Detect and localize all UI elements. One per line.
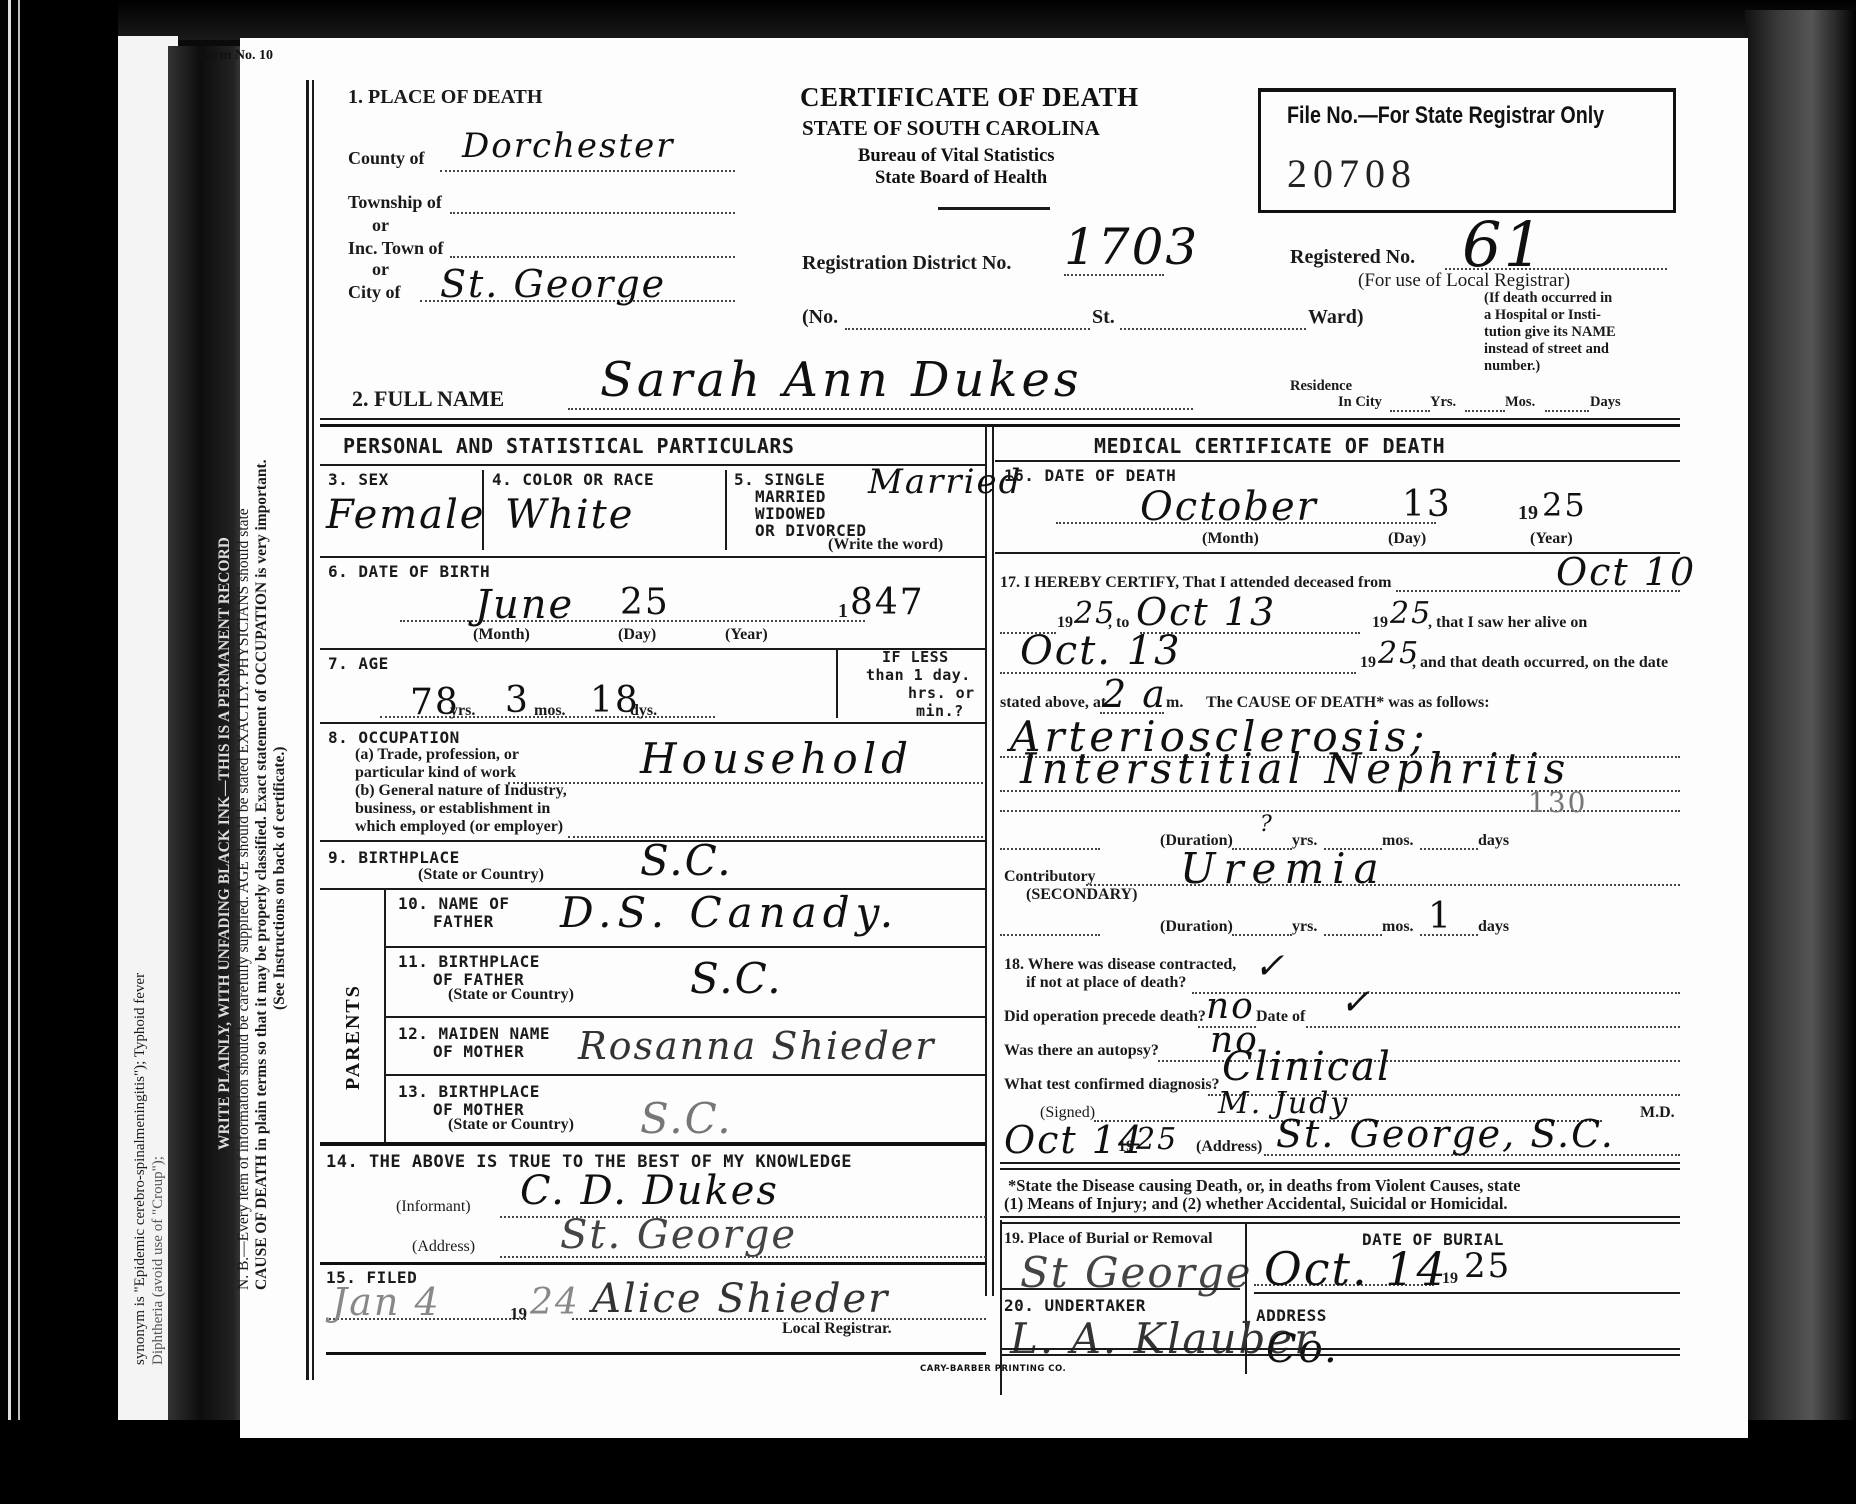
column-divider	[992, 426, 994, 1296]
year-prefix: 19	[1118, 1138, 1134, 1156]
date-of-label: Date of	[1256, 1008, 1305, 1026]
side-note-ink: WRITE PLAINLY, WITH UNFADING BLACK INK—T…	[216, 537, 233, 1150]
day-caption: (Day)	[1388, 530, 1426, 548]
cause-code: 130	[1528, 786, 1587, 819]
if-less-min: min.?	[916, 702, 964, 720]
occupation-label: 8. OCCUPATION	[328, 728, 460, 747]
inc-town-field-line	[450, 256, 735, 258]
residence-days-line	[1545, 410, 1589, 412]
cause-text: The CAUSE OF DEATH* was as follows:	[1206, 694, 1490, 712]
title-divider	[938, 207, 1050, 210]
local-registrar-note: (For use of Local Registrar)	[1358, 270, 1570, 292]
address-label: (Address)	[1196, 1138, 1262, 1156]
sex-label: 3. SEX	[328, 470, 389, 489]
dod-day[interactable]: 13	[1402, 484, 1452, 525]
occupation-a: particular kind of work	[355, 764, 516, 782]
divider	[386, 1074, 986, 1076]
race-value[interactable]: White	[505, 492, 634, 538]
occupation-a: (a) Trade, profession, or	[355, 746, 519, 764]
hospital-note: a Hospital or Insti-	[1484, 307, 1601, 324]
in-city-label: In City	[1338, 394, 1382, 411]
bureau-title: Bureau of Vital Statistics	[858, 146, 1054, 167]
where-contracted-value[interactable]: ✓	[1254, 946, 1286, 987]
parents-label: PARENTS	[342, 984, 365, 1090]
street-no-label: (No.	[802, 306, 838, 329]
dob-day[interactable]: 25	[620, 582, 670, 623]
days-unit: days	[1478, 918, 1509, 936]
township-field-line	[450, 212, 735, 214]
file-box-label: File No.—For State Registrar Only	[1287, 102, 1604, 130]
md-suffix: M.D.	[1640, 1104, 1675, 1122]
file-number: 20708	[1287, 150, 1417, 197]
or-text: or	[372, 259, 389, 280]
birthplace-label: 9. BIRTHPLACE	[328, 848, 460, 867]
yrs-unit: yrs.	[1292, 918, 1317, 936]
date-of-line	[1306, 1026, 1680, 1028]
burial-year-prefix: 19	[1442, 1270, 1458, 1288]
residence-label: Residence	[1290, 378, 1352, 395]
divider	[320, 722, 985, 724]
side-note-cause: CAUSE OF DEATH in plain terms so that it…	[253, 460, 270, 1291]
county-field-line	[440, 170, 735, 172]
occupation-b: (b) General nature of Industry,	[355, 782, 567, 800]
year-caption: (Year)	[725, 626, 768, 644]
mother-name-label: 12. MAIDEN NAME	[398, 1024, 550, 1043]
age-months[interactable]: 3	[505, 680, 530, 721]
dod-month[interactable]: October	[1140, 484, 1318, 530]
scan-edge-line	[18, 0, 20, 1504]
mos-unit: mos.	[1382, 918, 1414, 936]
death-occurred-text: , and that death occurred, on the date	[1412, 654, 1668, 672]
street-no-line	[845, 328, 1090, 330]
hospital-note: (If death occurred in	[1484, 290, 1612, 307]
test-value[interactable]: Clinical	[1222, 1044, 1392, 1090]
m-suffix: m.	[1166, 694, 1183, 712]
sex-value[interactable]: Female	[326, 492, 485, 538]
year-prefix: 19	[1372, 614, 1388, 632]
residence-yrs-line	[1390, 410, 1430, 412]
hospital-note: number.)	[1484, 358, 1540, 375]
back-page-text: synonym is "Epidemic cerebro-spinalmenin…	[132, 973, 149, 1365]
burial-year[interactable]: 25	[1464, 1246, 1511, 1286]
duration-yrs[interactable]: ?	[1260, 812, 1274, 837]
dod-year[interactable]: 25	[1542, 486, 1587, 524]
divider	[386, 946, 986, 948]
divider	[320, 424, 1680, 427]
divider	[1000, 1288, 1240, 1290]
state-title: STATE OF SOUTH CAROLINA	[802, 116, 1100, 141]
left-frame-line	[306, 80, 309, 1380]
hospital-note: instead of street and	[1484, 341, 1609, 358]
city-value[interactable]: St. George	[440, 262, 666, 306]
footnote: (1) Means of Injury; and (2) whether Acc…	[1004, 1194, 1508, 1214]
divider	[320, 556, 985, 558]
where-contracted-line	[1192, 992, 1680, 994]
divider	[725, 470, 727, 550]
informant-address-label: (Address)	[412, 1238, 475, 1256]
personal-heading: PERSONAL AND STATISTICAL PARTICULARS	[343, 434, 794, 458]
marital-value[interactable]: Married	[868, 462, 1022, 502]
dob-label: 6. DATE OF BIRTH	[328, 562, 490, 581]
father-birthplace-label: 11. BIRTHPLACE	[398, 952, 540, 971]
duration-days-line	[1420, 848, 1478, 850]
divider	[386, 1016, 986, 1018]
residence-yrs-label: Yrs.	[1430, 394, 1456, 411]
duration-days[interactable]: 1	[1428, 896, 1453, 937]
occupation-b: which employed (or employer)	[355, 818, 563, 836]
registration-district-value[interactable]: 1703	[1064, 218, 1199, 276]
race-label: 4. COLOR OR RACE	[492, 470, 654, 489]
date-of-value[interactable]: ✓	[1340, 982, 1372, 1023]
or-text: or	[372, 215, 389, 236]
occupation-b: business, or establishment in	[355, 800, 550, 818]
divider	[1000, 1216, 1680, 1218]
attended-to-year[interactable]: 25	[1390, 596, 1432, 631]
certificate-title: CERTIFICATE OF DEATH	[800, 82, 1139, 113]
township-label: Township of	[348, 192, 442, 213]
divider	[1000, 1168, 1680, 1170]
divider	[320, 1262, 986, 1265]
duration-line	[1000, 848, 1100, 850]
divider	[1000, 1222, 1680, 1224]
dod-year-prefix: 19	[1518, 502, 1538, 525]
divider	[320, 418, 1680, 420]
where-contracted-label: 18. Where was disease contracted,	[1004, 956, 1236, 974]
test-label: What test confirmed diagnosis?	[1004, 1076, 1220, 1094]
father-name-label: 10. NAME OF	[398, 894, 509, 913]
occupation-value[interactable]: Household	[640, 734, 913, 783]
county-label: County of	[348, 148, 425, 169]
autopsy-label: Was there an autopsy?	[1004, 1042, 1159, 1060]
divider	[1000, 1348, 1680, 1350]
burial-date-value[interactable]: Oct. 14	[1264, 1242, 1448, 1296]
form-number: Form No. 10	[198, 48, 273, 64]
mother-birthplace-value[interactable]: S.C.	[640, 1094, 733, 1143]
mos-unit: mos.	[1382, 832, 1414, 850]
registration-district-label: Registration District No.	[802, 252, 1011, 275]
month-caption: (Month)	[473, 626, 530, 644]
registered-no-label: Registered No.	[1290, 246, 1415, 269]
burial-place-label: 19. Place of Burial or Removal	[1004, 1230, 1213, 1248]
divider	[1000, 1354, 1680, 1356]
father-birthplace-value[interactable]: S.C.	[690, 954, 783, 1003]
divider	[1254, 1292, 1680, 1294]
registrar-label: Local Registrar.	[782, 1320, 892, 1338]
street-line	[1120, 328, 1306, 330]
mother-name-value[interactable]: Rosanna Shieder	[578, 1024, 935, 1068]
printer-credit: CARY-BARBER PRINTING CO.	[920, 1364, 1066, 1374]
divider	[482, 470, 484, 550]
dob-year[interactable]: 847	[850, 582, 925, 623]
birthplace-value[interactable]: S.C.	[640, 836, 733, 885]
scan-top-shadow	[0, 0, 1856, 40]
inc-town-label: Inc. Town of	[348, 238, 444, 259]
full-name-label: 2. FULL NAME	[352, 386, 504, 412]
contributory-label: Contributory	[1004, 868, 1096, 886]
contributory-value[interactable]: Uremia	[1180, 844, 1387, 893]
left-frame-line	[312, 80, 314, 1380]
board-title: State Board of Health	[875, 168, 1047, 189]
father-name-value[interactable]: D.S. Canady.	[560, 888, 899, 937]
month-caption: (Month)	[1202, 530, 1259, 548]
full-name-value[interactable]: Sarah Ann Dukes	[600, 352, 1083, 408]
birthplace-caption: (State or Country)	[418, 866, 544, 884]
undertaker-address-label: ADDRESS	[1256, 1306, 1327, 1325]
informant-value[interactable]: C. D. Dukes	[520, 1168, 779, 1214]
days-unit: days	[1478, 832, 1509, 850]
column-divider	[985, 426, 987, 1296]
day-caption: (Day)	[618, 626, 656, 644]
residence-mos-label: Mos.	[1505, 394, 1535, 411]
divider	[326, 1352, 986, 1355]
duration-line	[1000, 934, 1100, 936]
secondary-label: (SECONDARY)	[1026, 886, 1137, 904]
mother-birthplace-label: 13. BIRTHPLACE	[398, 1082, 540, 1101]
year-caption: (Year)	[1530, 530, 1573, 548]
informant-address-value[interactable]: St. George	[560, 1212, 797, 1258]
time-of-death[interactable]: 2 a	[1102, 672, 1167, 716]
full-name-line	[568, 408, 1193, 410]
county-value[interactable]: Dorchester	[462, 126, 675, 166]
duration-mos-line	[1324, 934, 1382, 936]
occupation-b-line	[568, 836, 983, 838]
residence-mos-line	[1465, 410, 1505, 412]
scan-right-border	[1745, 10, 1856, 1504]
residence-days-label: Days	[1590, 394, 1621, 411]
dob-month[interactable]: June	[475, 582, 574, 628]
year-prefix: 19	[1360, 654, 1376, 672]
yrs-unit: yrs.	[450, 702, 475, 720]
filed-year-prefix: 19	[510, 1304, 527, 1324]
medical-heading: MEDICAL CERTIFICATE OF DEATH	[1094, 434, 1445, 458]
divider	[320, 1142, 986, 1146]
if-less-hrs: hrs. or	[908, 684, 975, 702]
attended-from[interactable]: Oct 10	[1556, 550, 1696, 594]
informant-label: (Informant)	[396, 1198, 471, 1216]
file-number-box: File No.—For State Registrar Only 20708	[1258, 88, 1676, 213]
side-note-instructions: (See Instructions on back of certificate…	[271, 747, 288, 1010]
if-less-label: than 1 day.	[866, 666, 971, 684]
operation-label: Did operation precede death?	[1004, 1008, 1206, 1026]
filed-year[interactable]: 24	[530, 1282, 580, 1323]
footnote: *State the Disease causing Death, or, in…	[1008, 1176, 1520, 1196]
mother-birthplace-caption: (State or Country)	[448, 1116, 574, 1134]
divider	[836, 650, 838, 718]
father-birthplace-caption: (State or Country)	[448, 986, 574, 1004]
mother-name-label: OF MOTHER	[433, 1042, 524, 1061]
duration-label: (Duration)	[1160, 918, 1233, 936]
place-of-death-heading: 1. PLACE OF DEATH	[348, 86, 542, 109]
mos-unit: mos.	[534, 702, 566, 720]
where-contracted-label: if not at place of death?	[1026, 974, 1186, 992]
dod-label: 16. DATE OF DEATH	[1004, 466, 1176, 485]
side-note-nb: N. B.—Every item of information should b…	[235, 508, 252, 1290]
hospital-note: tution give its NAME	[1484, 324, 1616, 341]
marital-note: (Write the word)	[828, 536, 943, 554]
saw-alive-date[interactable]: Oct. 13	[1020, 628, 1182, 674]
undertaker-label: 20. UNDERTAKER	[1004, 1296, 1146, 1315]
divider	[995, 460, 1680, 462]
cause-secondary-line[interactable]: Interstitial Nephritis	[1020, 744, 1570, 793]
filed-date[interactable]: Jan 4	[332, 1280, 441, 1324]
ward-label: Ward)	[1308, 306, 1364, 329]
signed-year[interactable]: 25	[1136, 1122, 1178, 1157]
city-label: City of	[348, 282, 401, 303]
dob-year-prefix: 1	[838, 600, 848, 623]
address-value[interactable]: St. George, S.C.	[1276, 1112, 1615, 1156]
dys-unit: dys.	[630, 702, 657, 720]
father-name-label: FATHER	[433, 912, 494, 931]
saw-alive-text: , that I saw her alive on	[1428, 614, 1587, 632]
registrar-value[interactable]: Alice Shieder	[592, 1276, 889, 1322]
if-less-label: IF LESS	[882, 648, 949, 666]
scan-edge-line	[8, 0, 11, 1504]
back-page-text: Diphtheria (avoid use of "Croup");	[150, 1156, 167, 1365]
divider	[1000, 1162, 1680, 1164]
street-label: St.	[1092, 306, 1115, 329]
duration-yrs-line	[1232, 934, 1292, 936]
age-label: 7. AGE	[328, 654, 389, 673]
stated-above-text: stated above, at	[1000, 694, 1106, 712]
